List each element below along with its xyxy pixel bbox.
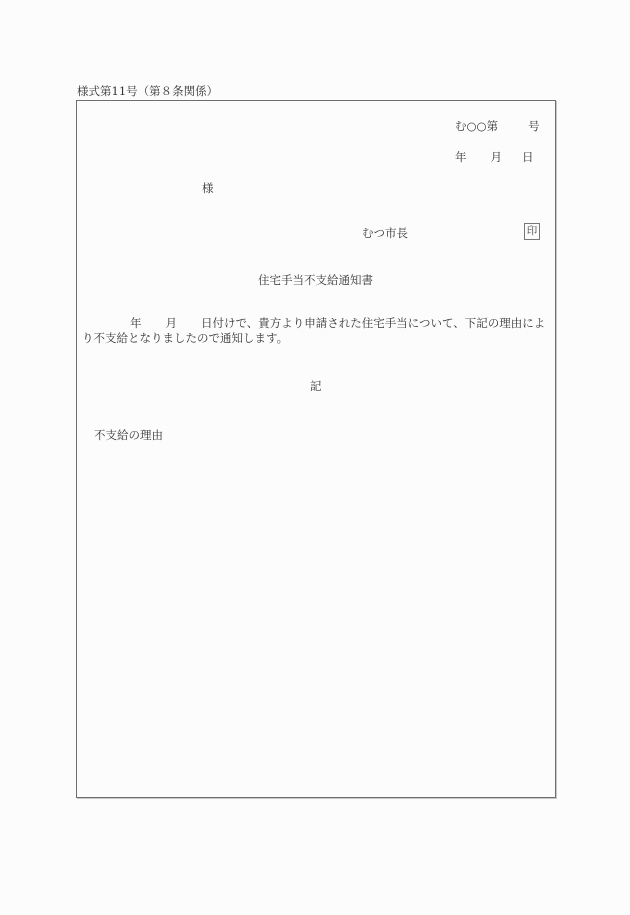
- notice-body-line-1: 年月日付けで、貴方より申請された住宅手当について、下記の理由によ: [82, 316, 552, 331]
- addressee-honorific: 様: [202, 180, 214, 196]
- issuer-name: むつ市長: [362, 225, 408, 241]
- date-year: 年: [455, 150, 467, 164]
- ki-heading: 記: [310, 378, 322, 394]
- body-line1-rest: 日付けで、貴方より申請された住宅手当について、下記の理由によ: [201, 316, 545, 330]
- body-year: 年: [130, 316, 142, 330]
- form-number-label: 様式第11号（第８条関係）: [77, 83, 218, 99]
- document-number-suffix: 号: [528, 119, 540, 133]
- reason-label: 不支給の理由: [94, 427, 163, 443]
- body-month: 月: [166, 316, 178, 330]
- date-day: 日: [522, 150, 534, 164]
- document-title: 住宅手当不支給通知書: [258, 272, 373, 288]
- document-number: む○○第号: [455, 118, 540, 134]
- notice-body: 年月日付けで、貴方より申請された住宅手当について、下記の理由によ り不支給となり…: [82, 316, 552, 346]
- document-frame: [76, 100, 556, 798]
- document-number-prefix: む○○第: [455, 119, 498, 133]
- date-month: 月: [491, 150, 503, 164]
- notice-body-line-2: り不支給となりましたので通知します。: [82, 331, 552, 346]
- seal-icon: 印: [524, 223, 540, 240]
- document-date: 年月日: [455, 149, 534, 165]
